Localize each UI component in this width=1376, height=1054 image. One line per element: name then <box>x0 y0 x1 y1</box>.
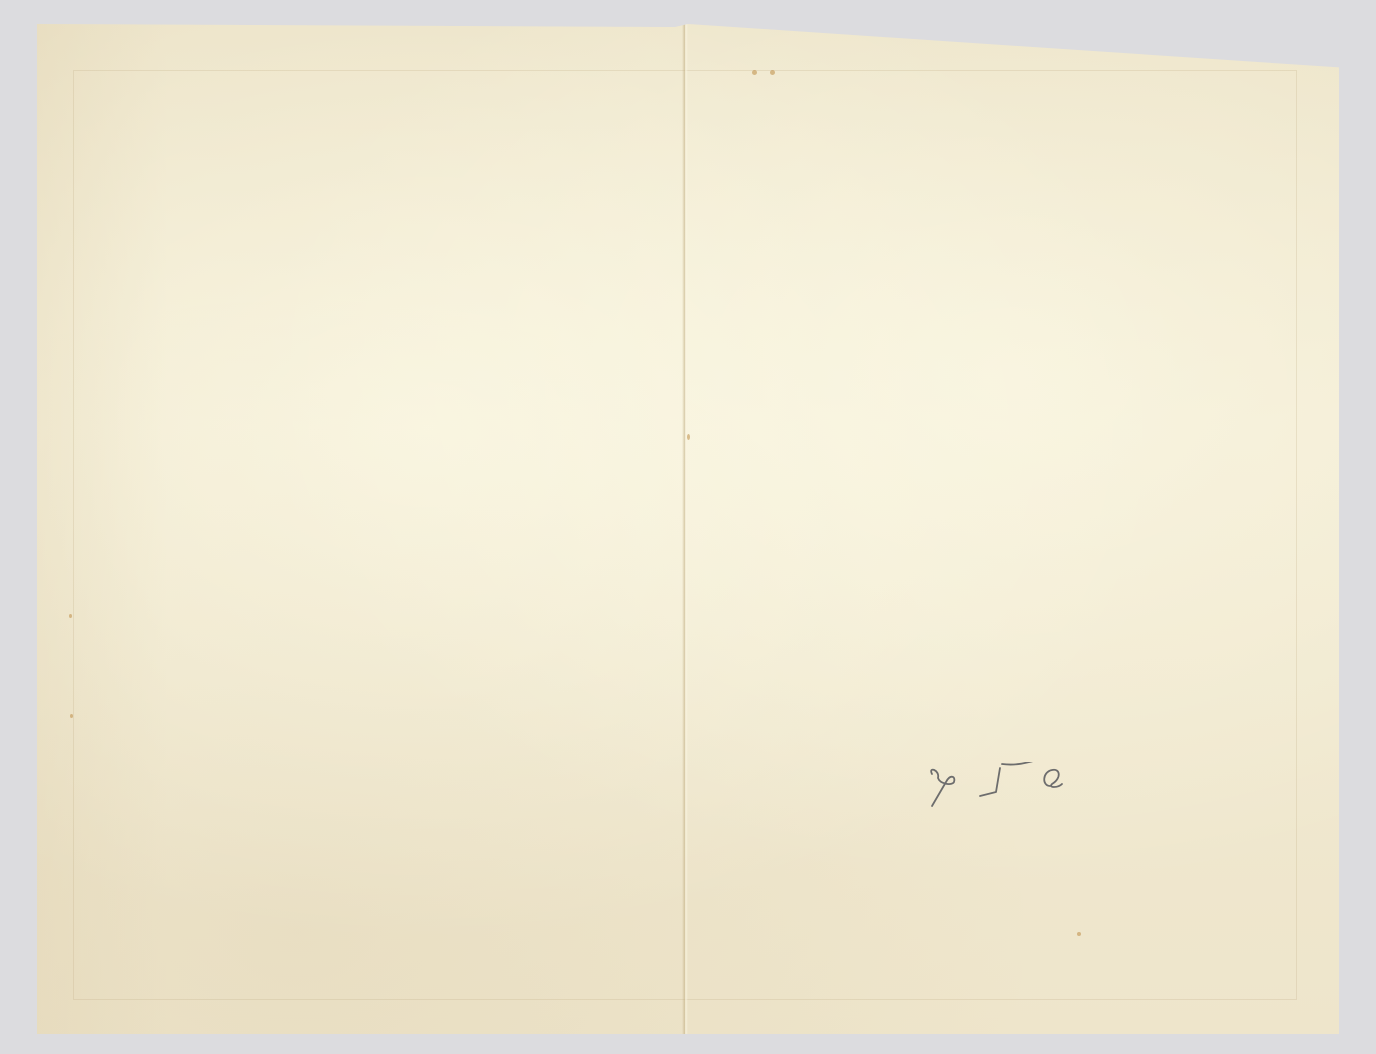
pencil-handwriting-icon <box>928 762 1088 812</box>
foxing-spot <box>70 714 73 718</box>
foxing-spot <box>1077 932 1081 936</box>
center-fold <box>682 24 688 1034</box>
foxing-spot <box>687 434 690 440</box>
foxing-spot <box>752 70 757 75</box>
paper-sheet <box>37 24 1339 1034</box>
pencil-annotation: 450 <box>928 762 1088 812</box>
foxing-spot <box>69 614 72 618</box>
foxing-spot <box>770 70 775 75</box>
